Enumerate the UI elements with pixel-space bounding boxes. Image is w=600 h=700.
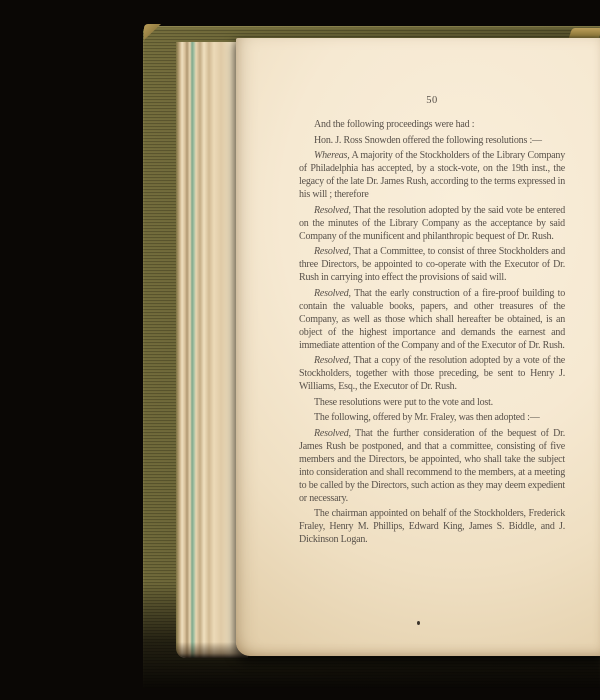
paragraph-text: Hon. J. Ross Snowden offered the followi… xyxy=(314,135,542,146)
text-block: 50 And the following proceedings were ha… xyxy=(299,94,565,549)
paragraph-lead: Resolved, xyxy=(314,205,351,216)
paragraph-chairman: The chairman appointed on behalf of the … xyxy=(299,507,565,546)
paragraph-whereas: Whereas, A majority of the Stockholders … xyxy=(299,149,565,201)
paragraph-resolved-1: Resolved, That the resolution adopted by… xyxy=(299,204,565,243)
book-photo-background: 50 And the following proceedings were ha… xyxy=(0,0,600,700)
paragraph-text: And the following proceedings were had : xyxy=(314,119,474,130)
paragraph-lead: Resolved, xyxy=(314,288,351,299)
paragraph-fraley-adopted: The following, offered by Mr. Fraley, wa… xyxy=(299,411,565,424)
paragraph-resolved-3: Resolved, That the early construction of… xyxy=(299,287,565,352)
paragraph-snowden: Hon. J. Ross Snowden offered the followi… xyxy=(299,134,565,147)
paragraph-vote-lost: These resolutions were put to the vote a… xyxy=(299,396,565,409)
paragraph-resolved-2: Resolved, That a Committee, to consist o… xyxy=(299,245,565,284)
paragraph-lead: Whereas, xyxy=(314,150,350,161)
printer-ink-dot xyxy=(417,621,420,625)
paragraph-resolved-4: Resolved, That a copy of the resolution … xyxy=(299,354,565,393)
paragraph-lead: Resolved, xyxy=(314,355,351,366)
paragraph-lead: Resolved, xyxy=(314,246,351,257)
paragraph-text: The chairman appointed on behalf of the … xyxy=(299,508,565,545)
paragraph-lead: Resolved, xyxy=(314,428,351,439)
page-number: 50 xyxy=(299,94,565,108)
paragraph-proceedings: And the following proceedings were had : xyxy=(299,118,565,131)
paragraph-text: The following, offered by Mr. Fraley, wa… xyxy=(314,412,540,423)
paragraph-resolved-5: Resolved, That the further consideration… xyxy=(299,427,565,505)
book-page: 50 And the following proceedings were ha… xyxy=(236,38,600,656)
paragraph-text: These resolutions were put to the vote a… xyxy=(314,397,493,408)
